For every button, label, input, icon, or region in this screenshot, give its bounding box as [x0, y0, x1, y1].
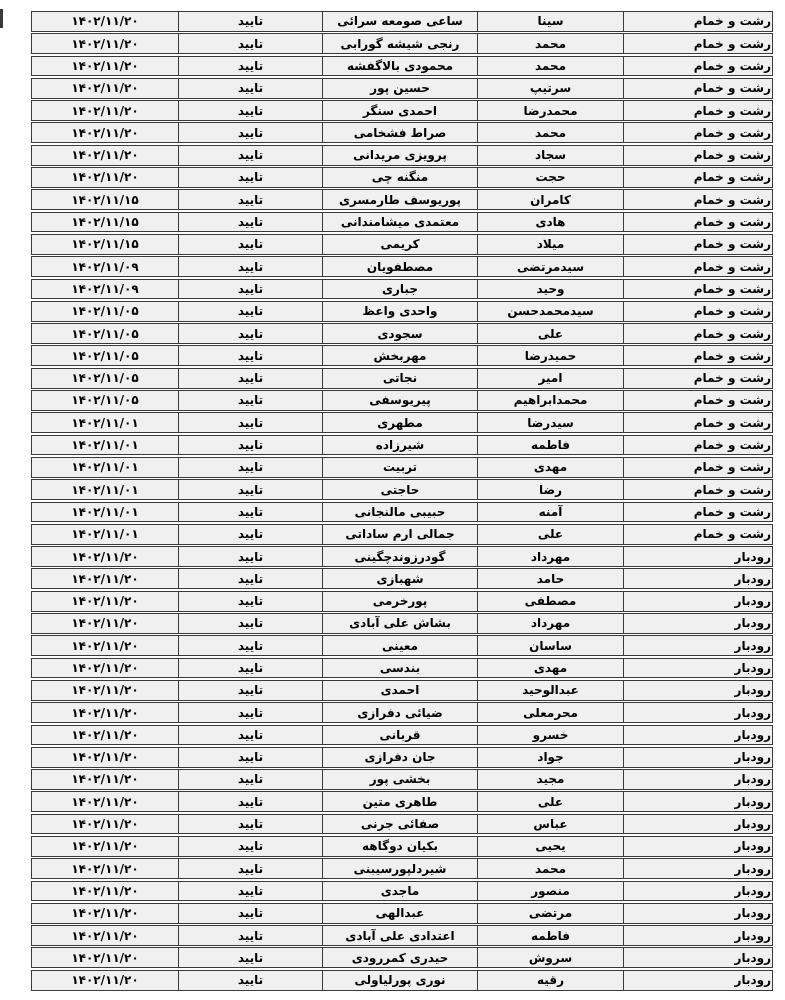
cell-date: ۱۴۰۲/۱۱/۲۰: [32, 882, 178, 901]
cell-city: رودبار: [623, 770, 772, 789]
cell-city: رودبار: [623, 904, 772, 923]
cell-city: رشت و خمام: [623, 146, 772, 165]
table-row: رشت و خمام سجاد پرویزی مریدانی تایید ۱۴۰…: [31, 145, 773, 166]
cell-status: تایید: [178, 213, 322, 232]
cell-status: تایید: [178, 703, 322, 722]
cell-status: تایید: [178, 636, 322, 655]
cell-last-name: بکیان دوگاهه: [322, 837, 477, 856]
cell-status: تایید: [178, 369, 322, 388]
cell-first-name: محمد: [477, 859, 623, 878]
cell-status: تایید: [178, 659, 322, 678]
table-row: رشت و خمام سینا ساعی صومعه سرائی تایید ۱…: [31, 11, 773, 32]
cell-last-name: طاهری متین: [322, 792, 477, 811]
cell-first-name: آمنه: [477, 503, 623, 522]
cell-last-name: منگنه چی: [322, 168, 477, 187]
cell-status: تایید: [178, 346, 322, 365]
cell-first-name: مهرداد: [477, 614, 623, 633]
cell-last-name: حسین پور: [322, 79, 477, 98]
cell-city: رشت و خمام: [623, 79, 772, 98]
table-row: رشت و خمام علی سجودی تایید ۱۴۰۲/۱۱/۰۵: [31, 323, 773, 344]
table-row: رشت و خمام حجت منگنه چی تایید ۱۴۰۲/۱۱/۲۰: [31, 167, 773, 188]
cell-date: ۱۴۰۲/۱۱/۲۰: [32, 168, 178, 187]
table-row: رودبار مصطفی پورخرمی تایید ۱۴۰۲/۱۱/۲۰: [31, 591, 773, 612]
cell-city: رشت و خمام: [623, 34, 772, 53]
cell-last-name: جان دفرازی: [322, 748, 477, 767]
cell-date: ۱۴۰۲/۱۱/۰۵: [32, 302, 178, 321]
cell-city: رشت و خمام: [623, 480, 772, 499]
cell-city: رودبار: [623, 592, 772, 611]
document-page: { "page": { "background": "#ffffff", "la…: [0, 0, 785, 1000]
cell-last-name: مصطفویان: [322, 257, 477, 276]
cell-status: تایید: [178, 458, 322, 477]
cell-date: ۱۴۰۲/۱۱/۰۹: [32, 257, 178, 276]
cell-first-name: محمد: [477, 123, 623, 142]
cell-last-name: معینی: [322, 636, 477, 655]
cell-status: تایید: [178, 168, 322, 187]
cell-status: تایید: [178, 146, 322, 165]
cell-last-name: جباری: [322, 280, 477, 299]
cell-first-name: سیدرضا: [477, 413, 623, 432]
cell-first-name: محمدرضا: [477, 101, 623, 120]
cell-city: رشت و خمام: [623, 168, 772, 187]
cell-date: ۱۴۰۲/۱۱/۱۵: [32, 213, 178, 232]
cell-date: ۱۴۰۲/۱۱/۲۰: [32, 12, 178, 31]
cell-status: تایید: [178, 971, 322, 990]
cell-date: ۱۴۰۲/۱۱/۰۱: [32, 480, 178, 499]
cell-first-name: علی: [477, 525, 623, 544]
cell-first-name: ساسان: [477, 636, 623, 655]
cell-last-name: شیردلپورسیبنی: [322, 859, 477, 878]
cell-date: ۱۴۰۲/۱۱/۰۱: [32, 413, 178, 432]
cell-city: رودبار: [623, 792, 772, 811]
cell-first-name: سروش: [477, 948, 623, 967]
cell-date: ۱۴۰۲/۱۱/۲۰: [32, 569, 178, 588]
cell-last-name: بخشی پور: [322, 770, 477, 789]
cell-date: ۱۴۰۲/۱۱/۱۵: [32, 190, 178, 209]
table-row: رشت و خمام فاطمه شیرزاده تایید ۱۴۰۲/۱۱/۰…: [31, 435, 773, 456]
cell-city: رودبار: [623, 837, 772, 856]
cell-last-name: ماجدی: [322, 882, 477, 901]
cell-date: ۱۴۰۲/۱۱/۲۰: [32, 948, 178, 967]
cell-date: ۱۴۰۲/۱۱/۲۰: [32, 614, 178, 633]
cell-first-name: جواد: [477, 748, 623, 767]
cell-date: ۱۴۰۲/۱۱/۰۱: [32, 525, 178, 544]
cell-city: رودبار: [623, 659, 772, 678]
cell-first-name: علی: [477, 324, 623, 343]
cell-status: تایید: [178, 569, 322, 588]
cell-date: ۱۴۰۲/۱۱/۰۹: [32, 280, 178, 299]
table-row: رودبار علی طاهری متین تایید ۱۴۰۲/۱۱/۲۰: [31, 791, 773, 812]
cell-status: تایید: [178, 503, 322, 522]
cell-first-name: میلاد: [477, 235, 623, 254]
table-row: رشت و خمام سرتیپ حسین پور تایید ۱۴۰۲/۱۱/…: [31, 78, 773, 99]
cell-first-name: فاطمه: [477, 436, 623, 455]
table-row: رودبار سروش حیدری کمررودی تایید ۱۴۰۲/۱۱/…: [31, 947, 773, 968]
cell-city: رودبار: [623, 614, 772, 633]
cell-date: ۱۴۰۲/۱۱/۲۰: [32, 726, 178, 745]
cell-first-name: حمیدرضا: [477, 346, 623, 365]
cell-city: رودبار: [623, 859, 772, 878]
table-row: رشت و خمام محمدرضا احمدی سنگر تایید ۱۴۰۲…: [31, 100, 773, 121]
cell-status: تایید: [178, 280, 322, 299]
cell-first-name: سینا: [477, 12, 623, 31]
cell-date: ۱۴۰۲/۱۱/۲۰: [32, 636, 178, 655]
cell-last-name: عبدالهی: [322, 904, 477, 923]
cell-last-name: جمالی ارم ساداتی: [322, 525, 477, 544]
cell-last-name: قربانی: [322, 726, 477, 745]
cell-city: رشت و خمام: [623, 391, 772, 410]
cell-city: رشت و خمام: [623, 12, 772, 31]
cell-last-name: گودرزوندچگینی: [322, 547, 477, 566]
cell-last-name: حبیبی مالنجانی: [322, 503, 477, 522]
cell-status: تایید: [178, 480, 322, 499]
cell-city: رشت و خمام: [623, 257, 772, 276]
cell-status: تایید: [178, 190, 322, 209]
cell-date: ۱۴۰۲/۱۱/۲۰: [32, 815, 178, 834]
table-row: رودبار مهرداد بشاش علی آبادی تایید ۱۴۰۲/…: [31, 613, 773, 634]
cell-status: تایید: [178, 614, 322, 633]
cell-city: رودبار: [623, 547, 772, 566]
cell-city: رشت و خمام: [623, 302, 772, 321]
table-row: رودبار حامد شهبازی تایید ۱۴۰۲/۱۱/۲۰: [31, 568, 773, 589]
cell-date: ۱۴۰۲/۱۱/۰۵: [32, 391, 178, 410]
cell-first-name: مرتضی: [477, 904, 623, 923]
cell-city: رودبار: [623, 681, 772, 700]
cell-first-name: مهدی: [477, 458, 623, 477]
table-row: رشت و خمام سیدمرتضی مصطفویان تایید ۱۴۰۲/…: [31, 256, 773, 277]
cell-city: رودبار: [623, 636, 772, 655]
cell-first-name: حجت: [477, 168, 623, 187]
cell-city: رودبار: [623, 748, 772, 767]
cell-status: تایید: [178, 101, 322, 120]
table-row: رشت و خمام حمیدرضا مهربخش تایید ۱۴۰۲/۱۱/…: [31, 345, 773, 366]
cell-last-name: مهربخش: [322, 346, 477, 365]
table-row: رودبار محمد شیردلپورسیبنی تایید ۱۴۰۲/۱۱/…: [31, 858, 773, 879]
table-row: رودبار خسرو قربانی تایید ۱۴۰۲/۱۱/۲۰: [31, 725, 773, 746]
cell-status: تایید: [178, 525, 322, 544]
cell-status: تایید: [178, 859, 322, 878]
table-row: رشت و خمام هادی معتمدی میشامندانی تایید …: [31, 212, 773, 233]
cell-first-name: محمد: [477, 34, 623, 53]
cell-first-name: عبدالوحید: [477, 681, 623, 700]
cell-first-name: خسرو: [477, 726, 623, 745]
cell-first-name: سیدمحمدحسن: [477, 302, 623, 321]
cell-city: رودبار: [623, 703, 772, 722]
cell-date: ۱۴۰۲/۱۱/۲۰: [32, 681, 178, 700]
table-row: رودبار ساسان معینی تایید ۱۴۰۲/۱۱/۲۰: [31, 635, 773, 656]
table-row: رشت و خمام سیدمحمدحسن واحدی واعظ تایید ۱…: [31, 301, 773, 322]
cell-date: ۱۴۰۲/۱۱/۲۰: [32, 34, 178, 53]
cell-city: رشت و خمام: [623, 213, 772, 232]
cell-first-name: محرمعلی: [477, 703, 623, 722]
cell-status: تایید: [178, 792, 322, 811]
cell-last-name: ضیائی دفرازی: [322, 703, 477, 722]
cell-last-name: اعتدادی علی آبادی: [322, 926, 477, 945]
cell-first-name: سجاد: [477, 146, 623, 165]
cell-status: تایید: [178, 681, 322, 700]
cell-city: رودبار: [623, 926, 772, 945]
cell-last-name: بشاش علی آبادی: [322, 614, 477, 633]
cell-last-name: صراط فشخامی: [322, 123, 477, 142]
cell-date: ۱۴۰۲/۱۱/۰۱: [32, 503, 178, 522]
table-row: رودبار مجید بخشی پور تایید ۱۴۰۲/۱۱/۲۰: [31, 769, 773, 790]
cell-date: ۱۴۰۲/۱۱/۲۰: [32, 837, 178, 856]
cell-last-name: شهبازی: [322, 569, 477, 588]
cell-date: ۱۴۰۲/۱۱/۲۰: [32, 792, 178, 811]
cell-date: ۱۴۰۲/۱۱/۲۰: [32, 659, 178, 678]
cell-city: رشت و خمام: [623, 346, 772, 365]
cell-date: ۱۴۰۲/۱۱/۰۵: [32, 346, 178, 365]
cell-first-name: وحید: [477, 280, 623, 299]
cell-date: ۱۴۰۲/۱۱/۲۰: [32, 79, 178, 98]
cell-date: ۱۴۰۲/۱۱/۲۰: [32, 146, 178, 165]
cell-last-name: ساعی صومعه سرائی: [322, 12, 477, 31]
cell-city: رشت و خمام: [623, 123, 772, 142]
cell-last-name: پوریوسف طارمسری: [322, 190, 477, 209]
cell-status: تایید: [178, 12, 322, 31]
cell-last-name: سجودی: [322, 324, 477, 343]
cell-status: تایید: [178, 748, 322, 767]
cell-first-name: کامران: [477, 190, 623, 209]
scan-artifact-mark: [0, 9, 3, 28]
cell-city: رشت و خمام: [623, 235, 772, 254]
cell-city: رشت و خمام: [623, 458, 772, 477]
cell-last-name: نوری پورلیاولی: [322, 971, 477, 990]
cell-first-name: سرتیپ: [477, 79, 623, 98]
cell-status: تایید: [178, 34, 322, 53]
cell-last-name: پورخرمی: [322, 592, 477, 611]
table-row: رودبار جواد جان دفرازی تایید ۱۴۰۲/۱۱/۲۰: [31, 747, 773, 768]
cell-city: رودبار: [623, 815, 772, 834]
cell-city: رودبار: [623, 948, 772, 967]
cell-city: رشت و خمام: [623, 525, 772, 544]
table-row: رشت و خمام محمدابراهیم پیریوسفی تایید ۱۴…: [31, 390, 773, 411]
cell-status: تایید: [178, 726, 322, 745]
cell-date: ۱۴۰۲/۱۱/۰۵: [32, 324, 178, 343]
table-row: رودبار فاطمه اعتدادی علی آبادی تایید ۱۴۰…: [31, 925, 773, 946]
cell-status: تایید: [178, 904, 322, 923]
table-row: رشت و خمام میلاد کریمی تایید ۱۴۰۲/۱۱/۱۵: [31, 234, 773, 255]
cell-status: تایید: [178, 413, 322, 432]
cell-last-name: رنجی شیشه گورابی: [322, 34, 477, 53]
cell-status: تایید: [178, 57, 322, 76]
cell-status: تایید: [178, 926, 322, 945]
cell-status: تایید: [178, 770, 322, 789]
cell-city: رشت و خمام: [623, 503, 772, 522]
cell-status: تایید: [178, 302, 322, 321]
table-row: رودبار منصور ماجدی تایید ۱۴۰۲/۱۱/۲۰: [31, 881, 773, 902]
table-row: رودبار محرمعلی ضیائی دفرازی تایید ۱۴۰۲/۱…: [31, 702, 773, 723]
cell-first-name: سیدمرتضی: [477, 257, 623, 276]
cell-last-name: شیرزاده: [322, 436, 477, 455]
table-row: رشت و خمام وحید جباری تایید ۱۴۰۲/۱۱/۰۹: [31, 279, 773, 300]
cell-date: ۱۴۰۲/۱۱/۲۰: [32, 547, 178, 566]
cell-last-name: معتمدی میشامندانی: [322, 213, 477, 232]
cell-last-name: کریمی: [322, 235, 477, 254]
cell-status: تایید: [178, 882, 322, 901]
cell-city: رشت و خمام: [623, 369, 772, 388]
table-row: رشت و خمام رضا حاجتی تایید ۱۴۰۲/۱۱/۰۱: [31, 479, 773, 500]
cell-city: رودبار: [623, 726, 772, 745]
cell-first-name: یحیی: [477, 837, 623, 856]
cell-last-name: تربیت: [322, 458, 477, 477]
table-row: رشت و خمام محمد محمودی بالاگفشه تایید ۱۴…: [31, 56, 773, 77]
cell-first-name: امیر: [477, 369, 623, 388]
cell-city: رشت و خمام: [623, 57, 772, 76]
cell-city: رشت و خمام: [623, 280, 772, 299]
cell-date: ۱۴۰۲/۱۱/۲۰: [32, 770, 178, 789]
cell-first-name: حامد: [477, 569, 623, 588]
cell-first-name: رقیه: [477, 971, 623, 990]
cell-first-name: فاطمه: [477, 926, 623, 945]
cell-city: رشت و خمام: [623, 413, 772, 432]
table-row: رودبار عبدالوحید احمدی تایید ۱۴۰۲/۱۱/۲۰: [31, 680, 773, 701]
cell-date: ۱۴۰۲/۱۱/۱۵: [32, 235, 178, 254]
cell-date: ۱۴۰۲/۱۱/۲۰: [32, 904, 178, 923]
cell-last-name: نجاتی: [322, 369, 477, 388]
cell-last-name: پرویزی مریدانی: [322, 146, 477, 165]
cell-status: تایید: [178, 815, 322, 834]
cell-last-name: واحدی واعظ: [322, 302, 477, 321]
cell-city: رودبار: [623, 971, 772, 990]
table-row: رشت و خمام سیدرضا مطهری تایید ۱۴۰۲/۱۱/۰۱: [31, 412, 773, 433]
table-row: رشت و خمام کامران پوریوسف طارمسری تایید …: [31, 189, 773, 210]
cell-status: تایید: [178, 436, 322, 455]
table-row: رشت و خمام محمد صراط فشخامی تایید ۱۴۰۲/۱…: [31, 122, 773, 143]
table-row: رودبار مهرداد گودرزوندچگینی تایید ۱۴۰۲/۱…: [31, 546, 773, 567]
cell-city: رودبار: [623, 569, 772, 588]
cell-last-name: احمدی: [322, 681, 477, 700]
cell-last-name: محمودی بالاگفشه: [322, 57, 477, 76]
cell-status: تایید: [178, 257, 322, 276]
cell-first-name: هادی: [477, 213, 623, 232]
approval-table: رشت و خمام سینا ساعی صومعه سرائی تایید ۱…: [31, 11, 773, 991]
cell-date: ۱۴۰۲/۱۱/۲۰: [32, 703, 178, 722]
cell-first-name: علی: [477, 792, 623, 811]
cell-status: تایید: [178, 324, 322, 343]
table-row: رودبار یحیی بکیان دوگاهه تایید ۱۴۰۲/۱۱/۲…: [31, 836, 773, 857]
cell-date: ۱۴۰۲/۱۱/۲۰: [32, 592, 178, 611]
cell-last-name: مطهری: [322, 413, 477, 432]
cell-date: ۱۴۰۲/۱۱/۰۱: [32, 458, 178, 477]
table-row: رشت و خمام آمنه حبیبی مالنجانی تایید ۱۴۰…: [31, 502, 773, 523]
cell-last-name: حاجتی: [322, 480, 477, 499]
cell-date: ۱۴۰۲/۱۱/۲۰: [32, 926, 178, 945]
cell-date: ۱۴۰۲/۱۱/۲۰: [32, 101, 178, 120]
cell-status: تایید: [178, 79, 322, 98]
cell-status: تایید: [178, 547, 322, 566]
cell-city: رشت و خمام: [623, 101, 772, 120]
table-row: رودبار مهدی بندسی تایید ۱۴۰۲/۱۱/۲۰: [31, 658, 773, 679]
cell-city: رشت و خمام: [623, 324, 772, 343]
table-row: رشت و خمام امیر نجاتی تایید ۱۴۰۲/۱۱/۰۵: [31, 368, 773, 389]
cell-last-name: احمدی سنگر: [322, 101, 477, 120]
cell-first-name: منصور: [477, 882, 623, 901]
cell-first-name: مجید: [477, 770, 623, 789]
cell-last-name: بندسی: [322, 659, 477, 678]
cell-first-name: مصطفی: [477, 592, 623, 611]
cell-status: تایید: [178, 837, 322, 856]
table-row: رشت و خمام مهدی تربیت تایید ۱۴۰۲/۱۱/۰۱: [31, 457, 773, 478]
cell-date: ۱۴۰۲/۱۱/۲۰: [32, 748, 178, 767]
table-row: رشت و خمام علی جمالی ارم ساداتی تایید ۱۴…: [31, 524, 773, 545]
cell-first-name: رضا: [477, 480, 623, 499]
cell-first-name: مهرداد: [477, 547, 623, 566]
cell-city: رودبار: [623, 882, 772, 901]
cell-city: رشت و خمام: [623, 190, 772, 209]
cell-city: رشت و خمام: [623, 436, 772, 455]
cell-date: ۱۴۰۲/۱۱/۰۱: [32, 436, 178, 455]
cell-first-name: عباس: [477, 815, 623, 834]
cell-date: ۱۴۰۲/۱۱/۰۵: [32, 369, 178, 388]
table-row: رودبار عباس صفائی جرنی تایید ۱۴۰۲/۱۱/۲۰: [31, 814, 773, 835]
cell-status: تایید: [178, 948, 322, 967]
cell-status: تایید: [178, 235, 322, 254]
cell-first-name: محمد: [477, 57, 623, 76]
cell-first-name: محمدابراهیم: [477, 391, 623, 410]
cell-date: ۱۴۰۲/۱۱/۲۰: [32, 57, 178, 76]
cell-first-name: مهدی: [477, 659, 623, 678]
cell-status: تایید: [178, 592, 322, 611]
table-row: رودبار مرتضی عبدالهی تایید ۱۴۰۲/۱۱/۲۰: [31, 903, 773, 924]
table-row: رودبار رقیه نوری پورلیاولی تایید ۱۴۰۲/۱۱…: [31, 970, 773, 991]
cell-date: ۱۴۰۲/۱۱/۲۰: [32, 123, 178, 142]
cell-date: ۱۴۰۲/۱۱/۲۰: [32, 971, 178, 990]
cell-date: ۱۴۰۲/۱۱/۲۰: [32, 859, 178, 878]
cell-status: تایید: [178, 123, 322, 142]
cell-last-name: صفائی جرنی: [322, 815, 477, 834]
cell-status: تایید: [178, 391, 322, 410]
table-row: رشت و خمام محمد رنجی شیشه گورابی تایید ۱…: [31, 33, 773, 54]
cell-last-name: حیدری کمررودی: [322, 948, 477, 967]
cell-last-name: پیریوسفی: [322, 391, 477, 410]
